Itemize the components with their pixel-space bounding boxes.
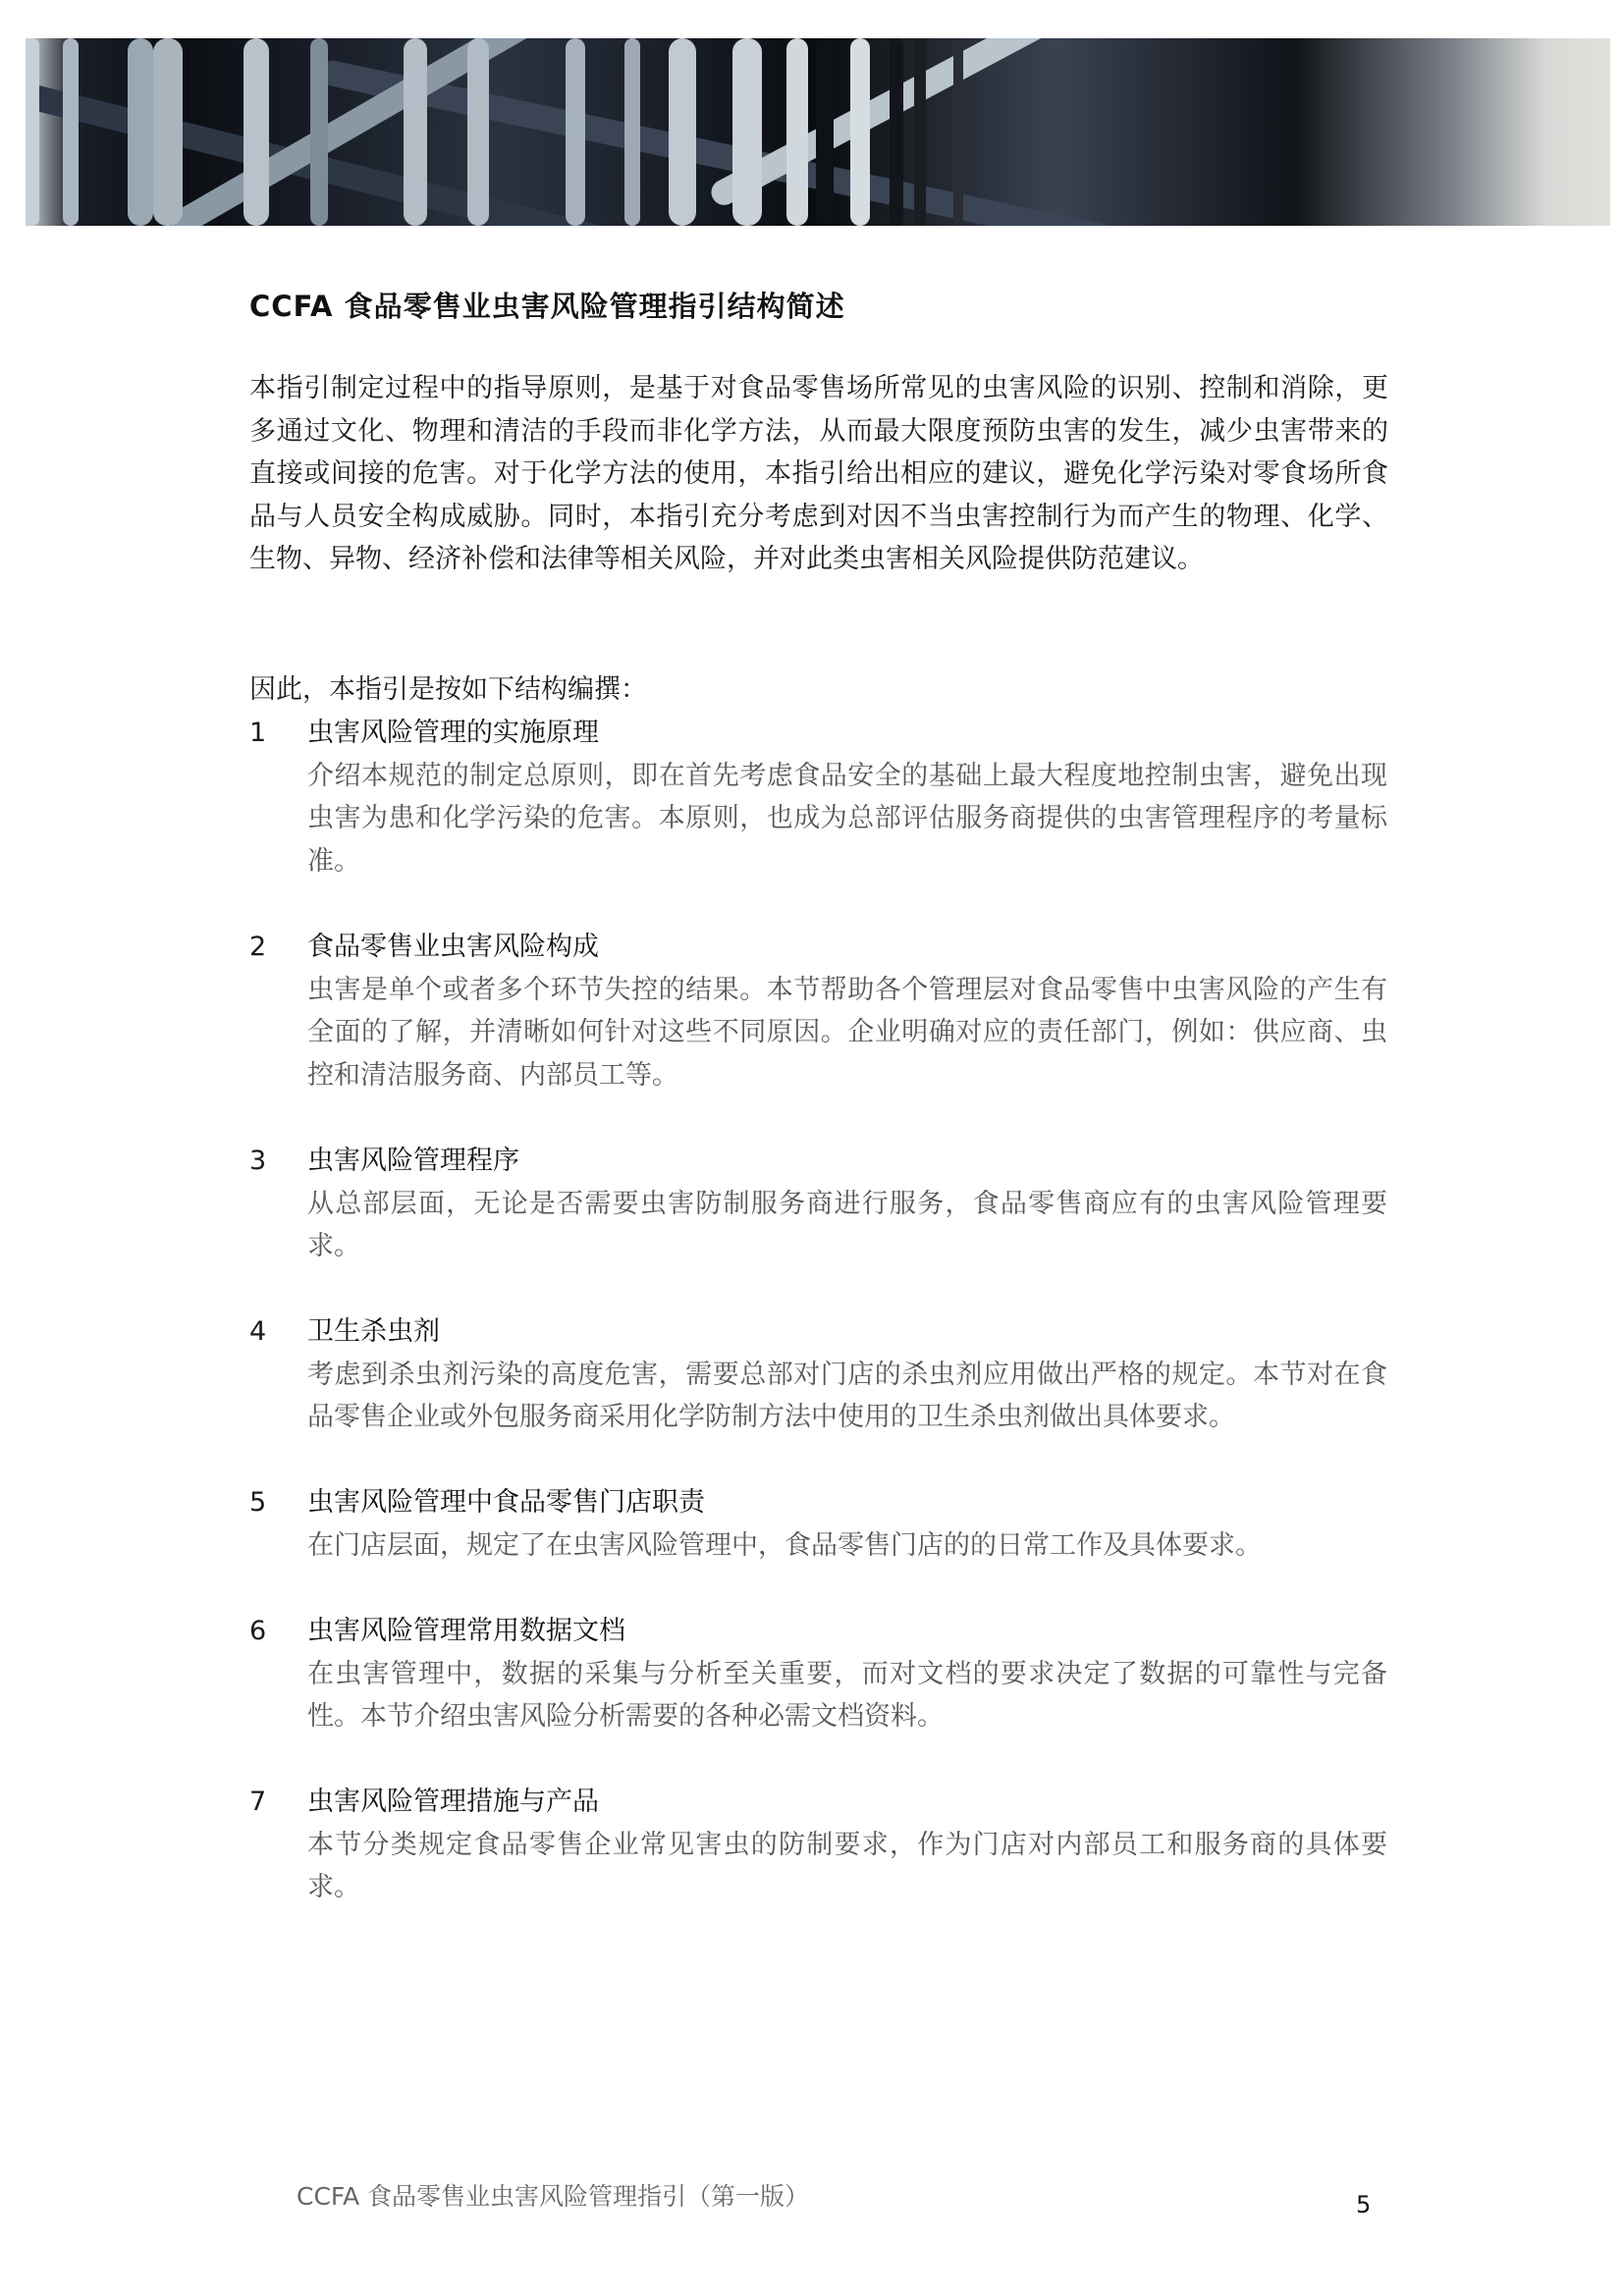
section-heading: 虫害风险管理中食品零售门店职责 [307,1481,705,1524]
intro-paragraph: 本指引制定过程中的指导原则，是基于对食品零售场所常见的虫害风险的识别、控制和消除… [249,367,1388,581]
section-number: 2 [249,926,289,969]
section-description: 从总部层面，无论是否需要虫害防制服务商进行服务，食品零售商应有的虫害风险管理要求… [307,1183,1387,1268]
cart-wheel-decoration [890,38,903,226]
cart-bar-decoration [404,38,427,226]
section-description: 本节分类规定食品零售企业常见害虫的防制要求，作为门店对内部员工和服务商的具体要求… [307,1824,1387,1909]
section-number: 1 [249,712,289,755]
cart-bar-decoration [153,38,183,226]
section-heading: 虫害风险管理的实施原理 [307,712,599,755]
cart-bar-decoration [566,38,585,226]
section-heading: 食品零售业虫害风险构成 [307,926,599,969]
page-number: 5 [1356,2191,1371,2218]
footer-document-title: CCFA 食品零售业虫害风险管理指引（第一版） [297,2177,809,2213]
cart-bar-decoration [244,38,269,226]
cart-bar-decoration [624,38,640,226]
cart-bar-decoration [732,38,762,226]
cart-bar-decoration [310,38,328,226]
cart-bar-decoration [786,38,808,226]
section-number: 6 [249,1610,289,1653]
section-heading: 虫害风险管理措施与产品 [307,1781,599,1824]
cart-bar-decoration [63,38,79,226]
cart-bar-decoration [467,38,489,226]
cart-wheel-decoration [816,38,834,226]
section-number: 5 [249,1481,289,1524]
cart-bar-decoration [26,38,39,226]
cart-bar-decoration [128,38,153,226]
section-description: 在门店层面，规定了在虫害风险管理中，食品零售门店的的日常工作及具体要求。 [307,1524,1387,1568]
header-banner-image [26,38,1610,226]
cart-bar-decoration [669,38,696,226]
section-number: 7 [249,1781,289,1824]
section-description: 在虫害管理中，数据的采集与分析至关重要，而对文档的要求决定了数据的可靠性与完备性… [307,1653,1387,1738]
section-number: 3 [249,1140,289,1183]
cart-wheel-decoration [914,38,926,226]
cart-wheel-decoration [953,38,963,226]
section-description: 虫害是单个或者多个环节失控的结果。本节帮助各个管理层对食品零售中虫害风险的产生有… [307,969,1387,1097]
section-description: 介绍本规范的制定总原则，即在首先考虑食品安全的基础上最大程度地控制虫害，避免出现… [307,755,1387,883]
section-heading: 虫害风险管理程序 [307,1140,519,1183]
section-number: 4 [249,1310,289,1354]
section-description: 考虑到杀虫剂污染的高度危害，需要总部对门店的杀虫剂应用做出严格的规定。本节对在食… [307,1354,1387,1439]
structure-lead-text: 因此，本指引是按如下结构编撰： [249,668,647,712]
page-title: CCFA 食品零售业虫害风险管理指引结构简述 [249,285,845,325]
section-heading: 卫生杀虫剂 [307,1310,440,1354]
section-heading: 虫害风险管理常用数据文档 [307,1610,625,1653]
cart-bar-decoration [850,38,870,226]
